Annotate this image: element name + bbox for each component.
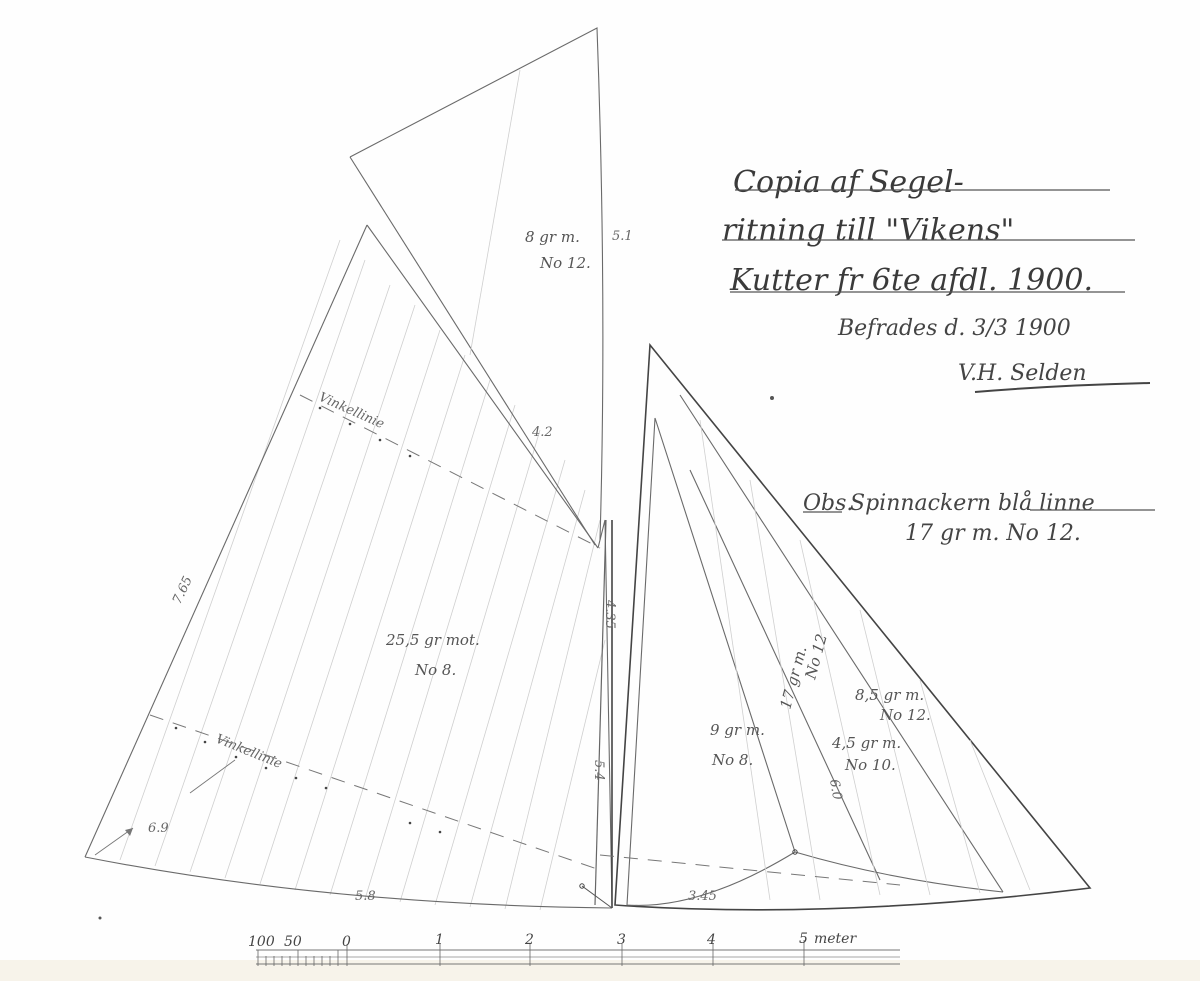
jib-weight: 8,5 gr m. <box>855 686 924 704</box>
title-block: Copia af Segel- ritning till "Vikens" Ku… <box>722 165 1150 392</box>
topsail-weight: 8 gr m. <box>525 228 580 246</box>
scale-label-4: 4 <box>706 932 716 948</box>
reef-line-lower: Vinkellinie <box>214 732 285 772</box>
mainsail-marks <box>175 407 442 834</box>
sail-labels: 8 gr m. No 12. 5.1 25,5 gr mot. No 8. 7.… <box>148 228 931 904</box>
mainsail-number: No 8. <box>414 661 456 679</box>
mainsail-tack-dim: 6.9 <box>148 821 169 836</box>
scale-label-1: 1 <box>435 932 444 948</box>
mainsail-weight: 25,5 gr mot. <box>385 631 480 649</box>
jib-number: No 12. <box>879 706 931 724</box>
approval-text: Befrades d. 3/3 1900 <box>837 316 1071 341</box>
forestaysail-weight: 9 gr m. <box>710 721 765 739</box>
small-jib-dim: 6.0 <box>826 778 844 801</box>
mainsail-foot-dim: 5.8 <box>355 889 376 904</box>
scale-label-100: 100 <box>248 934 275 950</box>
scale-unit: meter <box>814 931 857 947</box>
mainsail <box>85 225 612 910</box>
note-line-1: Spinnackern blå linne <box>850 489 1095 516</box>
small-jib-weight: 4,5 gr m. <box>831 734 901 752</box>
scale-bar: 100 50 0 1 2 3 4 5 meter <box>248 931 900 966</box>
foresails <box>600 345 1090 910</box>
scale-label-50: 50 <box>284 934 302 950</box>
title-line-1: Copia af Segel- <box>733 165 964 200</box>
spinnaker-note: Obs. Spinnackern blå linne 17 gr m. No 1… <box>803 489 1155 546</box>
title-line-2: ritning till "Vikens" <box>722 213 1014 248</box>
scale-label-0: 0 <box>342 934 351 950</box>
mast <box>580 520 612 908</box>
gaff-dim: 4.2 <box>531 425 553 440</box>
mainsail-luff-dim: 7.65 <box>170 574 196 607</box>
forestaysail-luff-dim: 5.4 <box>591 760 606 781</box>
scale-label-3: 3 <box>617 932 626 948</box>
reef-line-upper: Vinkellinie <box>316 390 386 432</box>
scale-label-2: 2 <box>524 932 534 948</box>
topsail-dim: 5.1 <box>612 229 633 244</box>
forestaysail-number: No 8. <box>711 751 753 769</box>
note-line-2: 17 gr m. No 12. <box>905 521 1081 546</box>
mainsail-seams <box>120 240 605 910</box>
topsail-number: No 12. <box>539 254 591 272</box>
mast-dim: 4.35 <box>602 599 617 629</box>
signature: V.H. Selden <box>958 361 1087 386</box>
title-line-3: Kutter fr 6te afdl. 1900. <box>729 263 1093 298</box>
small-jib-number: No 10. <box>844 756 896 774</box>
sail-plan-drawing: Copia af Segel- ritning till "Vikens" Ku… <box>0 0 1200 981</box>
scale-label-5: 5 <box>799 931 808 947</box>
topsail <box>350 28 603 545</box>
forestaysail-foot-dim: 3.45 <box>688 889 717 904</box>
